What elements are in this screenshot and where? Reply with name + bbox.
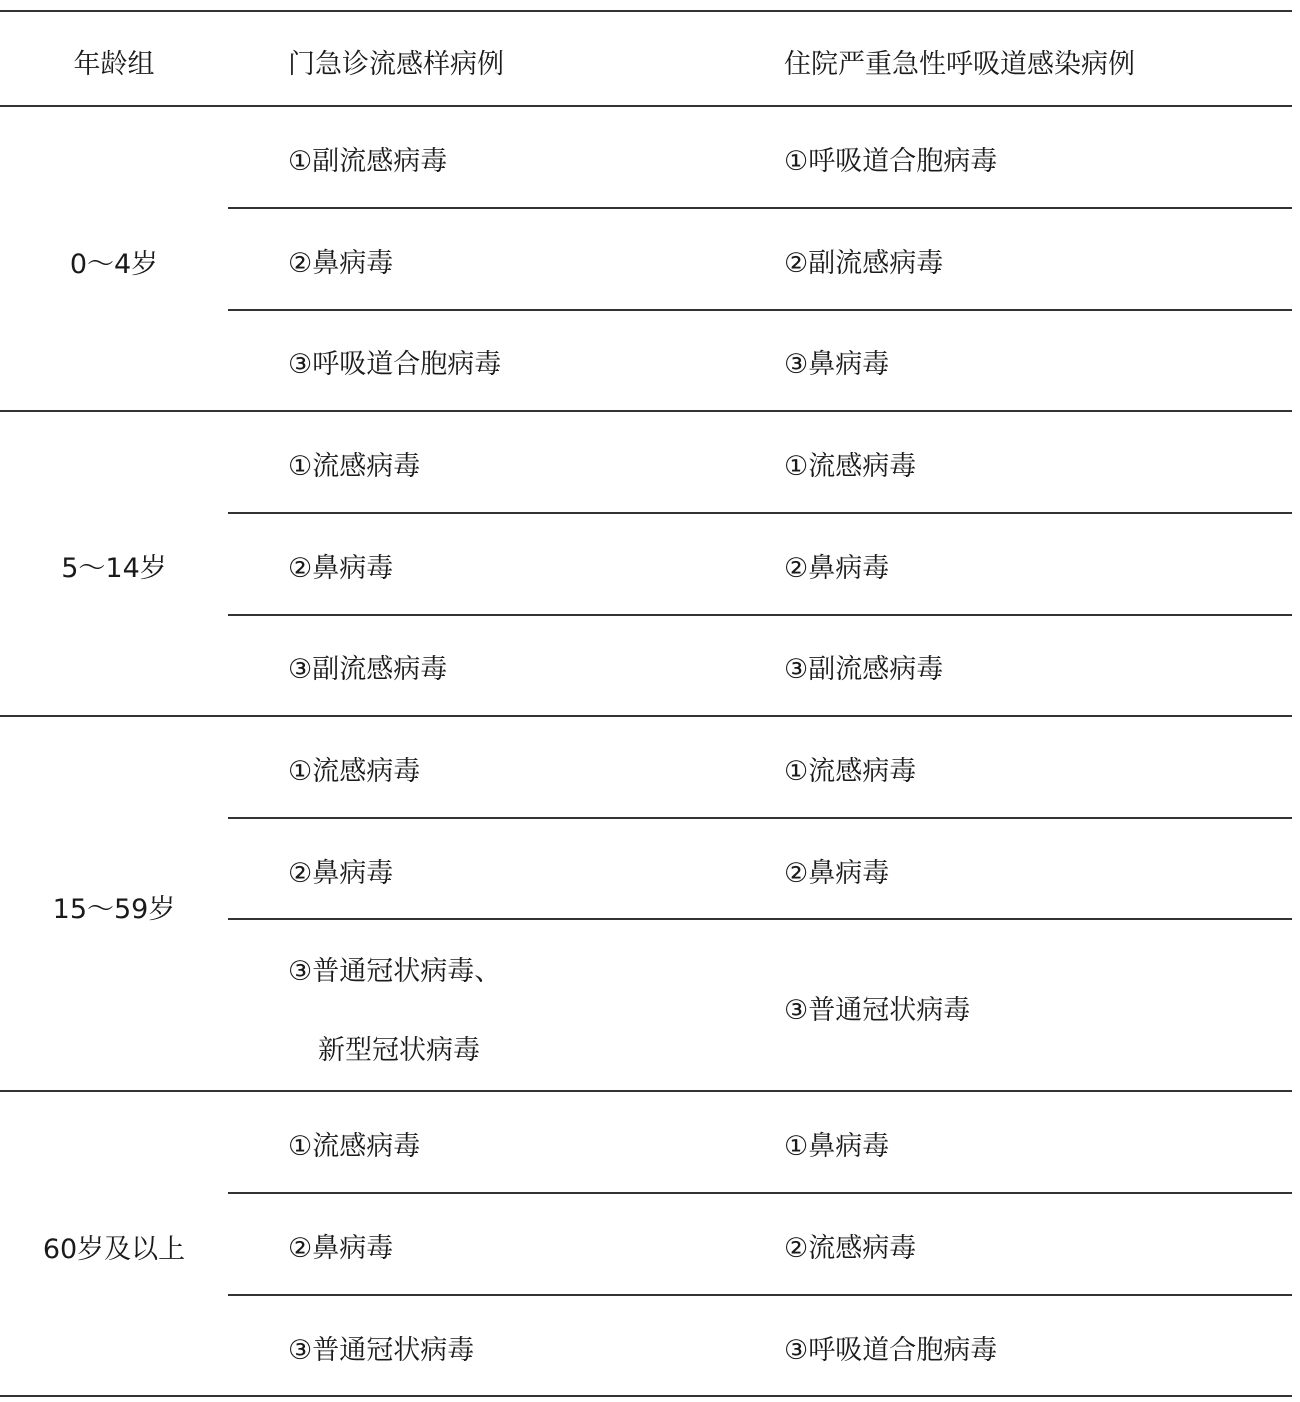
- inpatient-cell: ②鼻病毒: [784, 553, 889, 585]
- row-divider: [228, 1192, 1292, 1194]
- inpatient-cell: ①鼻病毒: [784, 1131, 889, 1163]
- row-divider: [228, 1294, 1292, 1296]
- table-bottom-rule: [0, 1395, 1292, 1397]
- inpatient-cell: ③普通冠状病毒: [784, 995, 970, 1027]
- outpatient-cell: ②鼻病毒: [288, 1233, 393, 1265]
- age-group-label: 15～59岁: [0, 894, 228, 926]
- outpatient-cell: ②鼻病毒: [288, 858, 393, 890]
- group-divider: [0, 410, 1292, 412]
- row-divider: [228, 614, 1292, 616]
- inpatient-cell: ②鼻病毒: [784, 858, 889, 890]
- group-divider: [0, 715, 1292, 717]
- outpatient-cell: ①流感病毒: [288, 756, 420, 788]
- outpatient-cell: ③普通冠状病毒: [288, 1335, 474, 1367]
- outpatient-cell-continued: 新型冠状病毒: [318, 1035, 480, 1067]
- inpatient-cell: ①流感病毒: [784, 451, 916, 483]
- outpatient-cell: ①流感病毒: [288, 451, 420, 483]
- header-outpatient: 门急诊流感样病例: [288, 49, 504, 81]
- inpatient-cell: ①流感病毒: [784, 756, 916, 788]
- header-bottom-rule: [0, 105, 1292, 107]
- row-divider: [228, 309, 1292, 311]
- inpatient-cell: ③鼻病毒: [784, 349, 889, 381]
- outpatient-cell: ③普通冠状病毒、: [288, 956, 501, 988]
- table-top-rule: [0, 10, 1292, 12]
- outpatient-cell: ②鼻病毒: [288, 553, 393, 585]
- row-divider: [228, 918, 1292, 920]
- row-divider: [228, 817, 1292, 819]
- inpatient-cell: ③副流感病毒: [784, 654, 943, 686]
- outpatient-cell: ③呼吸道合胞病毒: [288, 349, 501, 381]
- age-group-label: 0～4岁: [0, 249, 228, 281]
- outpatient-cell: ①流感病毒: [288, 1131, 420, 1163]
- header-age-group: 年龄组: [0, 49, 228, 81]
- outpatient-cell: ②鼻病毒: [288, 248, 393, 280]
- age-group-label: 60岁及以上: [0, 1234, 228, 1266]
- outpatient-cell: ③副流感病毒: [288, 654, 447, 686]
- inpatient-cell: ②流感病毒: [784, 1233, 916, 1265]
- row-divider: [228, 512, 1292, 514]
- row-divider: [228, 207, 1292, 209]
- inpatient-cell: ②副流感病毒: [784, 248, 943, 280]
- inpatient-cell: ③呼吸道合胞病毒: [784, 1335, 997, 1367]
- age-group-label: 5～14岁: [0, 553, 228, 585]
- outpatient-cell: ①副流感病毒: [288, 146, 447, 178]
- inpatient-cell: ①呼吸道合胞病毒: [784, 146, 997, 178]
- header-inpatient: 住院严重急性呼吸道感染病例: [784, 49, 1135, 81]
- group-divider: [0, 1090, 1292, 1092]
